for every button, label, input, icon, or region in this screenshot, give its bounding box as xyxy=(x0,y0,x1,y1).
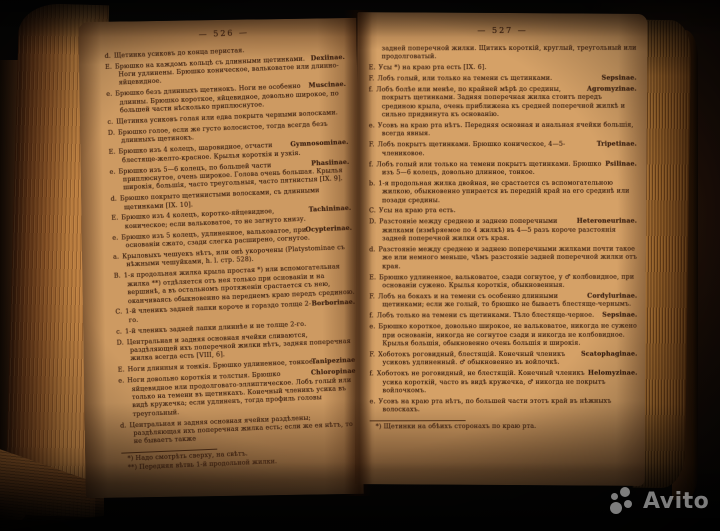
entry-letter: B. xyxy=(114,273,121,280)
entry-body: E.Брюшко удлиненное, вальковатое, сзади … xyxy=(369,273,637,290)
key-entry: e.Chloropinae.Ноги довольно короткія и т… xyxy=(118,368,360,420)
taxon-name: Psilinae. xyxy=(610,160,637,168)
entry-letter: d. xyxy=(120,422,127,429)
entry-letter: a. xyxy=(113,254,119,261)
taxon-name: Agromyzinae. xyxy=(592,86,637,94)
taxon-name: Sepsinae. xyxy=(607,312,637,320)
entry-letter: D. xyxy=(117,339,124,346)
entry-body: F.Cordylurinae.Лобъ на бокахъ и на темен… xyxy=(369,293,637,310)
book-photo: — 526 — d.Щетинка усиковъ до конца перис… xyxy=(0,0,720,531)
entry-text: Ноги довольно короткія и толстыя. Брюшко… xyxy=(127,371,351,418)
right-page-entries: задней поперечной жилки. Щитикъ короткій… xyxy=(369,44,638,415)
entry-text: Лобъ только на темени съ щетинками. Тѣло… xyxy=(377,312,594,320)
entry-letter: e. xyxy=(112,234,118,241)
entry-body: f.Helomyzinae.Хоботокъ не роговидный, не… xyxy=(369,370,637,396)
entry-text: Разстояніе между среднею и заднею попере… xyxy=(379,246,638,270)
key-entry: F.Cordylurinae.Лобъ на бокахъ и на темен… xyxy=(369,293,637,310)
entry-letter: E. xyxy=(109,149,116,156)
book-gutter-shadow xyxy=(344,10,372,496)
entry-body: f.Psilinae.Лобъ голый или только на теме… xyxy=(369,160,637,177)
right-page-text: — 527 — задней поперечной жилки. Щитикъ … xyxy=(369,26,638,432)
entry-letter: C. xyxy=(115,309,122,316)
taxon-name: Helomyzinae. xyxy=(593,370,638,378)
key-entry: C.Усы на краю рта есть. xyxy=(369,207,637,216)
key-entry: F.Tripetinae.Лобъ покрытъ щетинками. Брю… xyxy=(369,141,637,158)
entry-body: задней поперечной жилки. Щитикъ короткій… xyxy=(369,44,637,61)
entry-text: Усы на краю рта есть. xyxy=(379,208,456,215)
entry-letter: E. xyxy=(111,215,118,222)
key-entry: задней поперечной жилки. Щитикъ короткій… xyxy=(369,44,637,61)
avito-watermark: Avito xyxy=(610,487,709,517)
taxon-name: Scatophaginae. xyxy=(586,351,637,359)
entry-letter: e. xyxy=(109,168,115,175)
entry-text: задней поперечной жилки. Щитикъ короткій… xyxy=(382,44,637,60)
entry-body: F.Sepsinae.Лобъ голый, или только на тем… xyxy=(369,75,637,84)
key-entry: f.Helomyzinae.Хоботокъ не роговидный, не… xyxy=(369,370,637,396)
entry-body: f.Sepsinae.Лобъ только на темени съ щети… xyxy=(369,312,637,321)
entry-text: Лобъ покрытъ щетинками. Брюшко коническо… xyxy=(378,141,566,157)
left-page-text: — 526 — d.Щетинка усиковъ до конца перис… xyxy=(104,24,362,473)
entry-letter: e. xyxy=(118,378,124,385)
key-entry: E.Брюшко удлиненное, вальковатое, сзади … xyxy=(369,273,637,290)
key-entry: f.Sepsinae.Лобъ только на темени съ щети… xyxy=(369,312,637,321)
entry-letter: e. xyxy=(106,91,112,98)
key-entry: e.Усовъ на краю рта нѣтъ, по большей час… xyxy=(370,398,638,415)
entry-body: D.Heteroneurinae.Разстояніе между средне… xyxy=(369,218,637,244)
entry-letter: E. xyxy=(118,367,125,374)
key-entry: e.Брюшко короткое, довольно широкое, не … xyxy=(369,323,637,349)
entry-body: b.1-я продольная жилка двойная, не сраст… xyxy=(369,179,637,205)
entry-body: F.Tripetinae.Лобъ покрытъ щетинками. Брю… xyxy=(369,141,637,158)
taxon-name: Tripetinae. xyxy=(602,141,637,149)
taxon-name: Heteroneurinae. xyxy=(582,218,637,227)
key-entry: F.Sepsinae.Лобъ голый, или только на тем… xyxy=(369,75,637,84)
entry-letter: c. xyxy=(107,119,113,126)
entry-text: Центральная и задняя основная ячейки раз… xyxy=(129,414,353,445)
entry-text: Лобъ голый, или только на темени съ щети… xyxy=(377,75,552,82)
key-entry: F.Scatophaginae.Хоботокъ роговидный, бле… xyxy=(369,351,637,368)
footnote: *) Щетинки на обѣихъ сторонахъ по краю р… xyxy=(370,423,638,432)
entry-text: Щетинка усиковъ до конца перистая. xyxy=(114,47,245,59)
entry-text: 1-я продольная жилка крыла простая *) ил… xyxy=(124,264,355,305)
avito-logo-icon xyxy=(610,487,638,517)
entry-text: Хоботокъ роговидный, блестящій. Конечный… xyxy=(378,351,565,367)
entry-text: Усовъ на краю рта нѣтъ. Передняя основна… xyxy=(378,122,634,138)
entry-body: F.Scatophaginae.Хоботокъ роговидный, бле… xyxy=(369,351,637,368)
entry-letter: E. xyxy=(105,63,112,70)
entry-body: d.Разстояніе между среднею и заднею попе… xyxy=(369,246,637,272)
entry-text: Лобъ голый или только на темени покрытъ … xyxy=(376,160,601,176)
entry-letter: d. xyxy=(105,52,112,59)
left-page-entries: d.Щетинка усиковъ до конца перистая. E.D… xyxy=(105,43,361,448)
right-page-number: — 527 — xyxy=(369,26,637,37)
key-entry: D.Heteroneurinae.Разстояніе между средне… xyxy=(369,218,637,244)
right-page-footnotes: *) Щетинки на обѣихъ сторонахъ по краю р… xyxy=(370,419,638,432)
avito-wordmark: Avito xyxy=(643,487,709,517)
entry-text: Брюшко удлиненное, вальковатое, сзади со… xyxy=(379,273,634,289)
key-entry: f.Psilinae.Лобъ голый или только на теме… xyxy=(369,160,637,177)
entry-text: Усовъ на краю рта нѣтъ, по большей части… xyxy=(379,398,612,414)
entry-text: Брюшко короткое, довольно широкое, не ва… xyxy=(378,323,637,347)
right-page: — 527 — задней поперечной жилки. Щитикъ … xyxy=(355,12,648,486)
entry-body: e.Усовъ на краю рта нѣтъ, по большей час… xyxy=(370,398,638,415)
entry-text: Хоботокъ не роговидный, не блестящій. Ко… xyxy=(377,370,606,394)
entry-body: f.Agromyzinae.Лобъ болѣе или менѣе, по к… xyxy=(369,86,637,120)
entry-text: Усы *) на краю рта есть [IX. 6]. xyxy=(379,64,487,71)
entry-letter: c. xyxy=(116,328,122,335)
key-entry: f.Agromyzinae.Лобъ болѣе или менѣе, по к… xyxy=(369,86,637,120)
left-page-footnotes: *) Надо смотрѣть сверху, на свѣтъ. **) П… xyxy=(121,442,362,472)
key-entry: e.Усовъ на краю рта нѣтъ. Передняя основ… xyxy=(369,122,637,139)
left-page-number: — 526 — xyxy=(104,24,344,45)
left-page: — 526 — d.Щетинка усиковъ до конца перис… xyxy=(78,18,363,498)
taxon-name: Sepsinae. xyxy=(607,75,637,83)
key-entry: E.Усы *) на краю рта есть [IX. 6]. xyxy=(369,64,637,73)
entry-body: C.Усы на краю рта есть. xyxy=(369,207,637,216)
key-entry: d.Разстояніе между среднею и заднею попе… xyxy=(369,246,637,272)
entry-letter: D. xyxy=(108,130,115,137)
entry-body: e.Брюшко короткое, довольно широкое, не … xyxy=(369,323,637,349)
footnote-rule xyxy=(370,420,466,421)
taxon-name: Gymnosominae. xyxy=(295,139,348,150)
entry-body: e.Усовъ на краю рта нѣтъ. Передняя основ… xyxy=(369,122,637,139)
key-entry: b.1-я продольная жилка двойная, не сраст… xyxy=(369,179,637,205)
entry-letter: d. xyxy=(111,196,118,203)
entry-body: E.Усы *) на краю рта есть [IX. 6]. xyxy=(369,64,637,73)
entry-body: e.Chloropinae.Ноги довольно короткія и т… xyxy=(118,368,360,420)
entry-text: 1-я продольная жилка двойная, не срастае… xyxy=(378,180,629,204)
